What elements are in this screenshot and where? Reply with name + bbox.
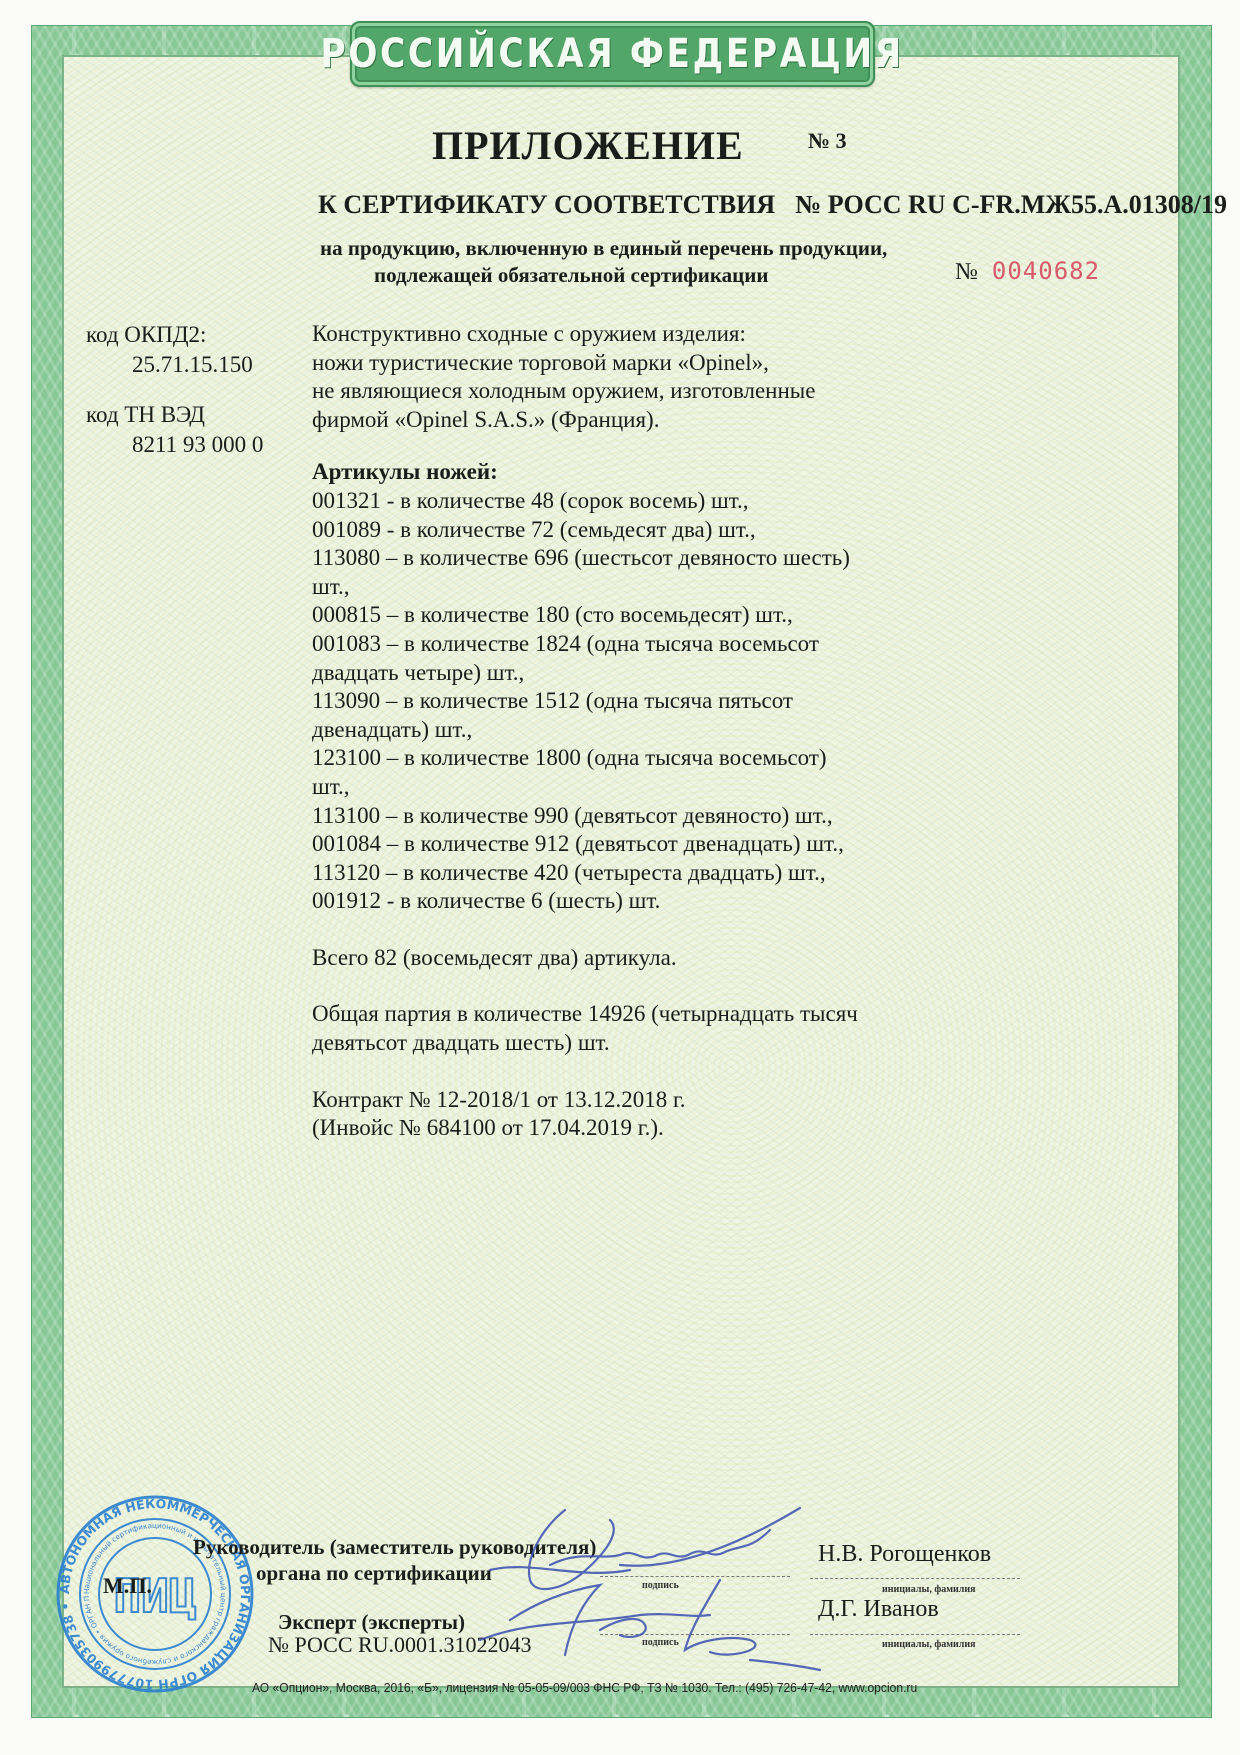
organization-stamp-icon: АВТОНОМНАЯ НЕКОММЕРЧЕСКАЯ ОРГАНИЗАЦИЯ ОГ… [55,1494,255,1694]
tnved-label: код ТН ВЭД [86,400,263,430]
article-line: шт., [312,773,858,802]
certificate-reference: К СЕРТИФИКАТУ СООТВЕТСТВИЯ№ РОСС RU C-FR… [318,190,1227,220]
description-line: фирмой «Opinel S.A.S.» (Франция). [312,406,858,435]
expert-name-hint: инициалы, фамилия [882,1639,976,1650]
country-banner-text: РОССИЙСКАЯ ФЕДЕРАЦИЯ [321,31,904,77]
article-list: 001321 - в количестве 48 (сорок восемь) … [312,487,858,916]
certificate-number: № РОСС RU C-FR.МЖ55.А.01308/19 [795,190,1227,219]
total-articles: Всего 82 (восемьдесят два) артикула. [312,944,858,973]
certificate-label: К СЕРТИФИКАТУ СООТВЕТСТВИЯ [318,190,775,219]
article-line: 001084 – в количестве 912 (девятьсот две… [312,830,858,859]
document-title: ПРИЛОЖЕНИЕ [432,122,744,169]
product-description: Конструктивно сходные с оружием изделия:… [312,320,858,434]
appendix-number: № 3 [808,128,847,154]
article-line: 001089 - в количестве 72 (семьдесят два)… [312,516,858,545]
description-line: Конструктивно сходные с оружием изделия: [312,320,858,349]
article-line: 113090 – в количестве 1512 (одна тысяча … [312,687,858,716]
article-line: 001321 - в количестве 48 (сорок восемь) … [312,487,858,516]
batch-line-1: Общая партия в количестве 14926 (четырна… [312,1000,858,1029]
head-name-hint: инициалы, фамилия [882,1584,976,1595]
tnved-code-block: код ТН ВЭД 8211 93 000 0 [86,400,263,460]
article-line: 123100 – в количестве 1800 (одна тысяча … [312,744,858,773]
articles-heading: Артикулы ножей: [312,458,858,487]
article-line: двенадцать) шт., [312,716,858,745]
article-line: 001912 - в количестве 6 (шесть) шт. [312,887,858,916]
okpd2-label: код ОКПД2: [86,320,253,350]
invoice-reference: (Инвойс № 684100 от 17.04.2019 г.). [312,1114,858,1143]
okpd2-code-block: код ОКПД2: 25.71.15.150 [86,320,253,380]
article-line: 000815 – в количестве 180 (сто восемьдес… [312,601,858,630]
article-line: 001083 – в количестве 1824 (одна тысяча … [312,630,858,659]
subtitle-line-1: на продукцию, включенную в единый перече… [320,236,887,261]
serial-prefix: № [955,259,978,285]
contract-reference: Контракт № 12-2018/1 от 13.12.2018 г. [312,1086,858,1115]
article-line: 113100 – в количестве 990 (девятьсот дев… [312,802,858,831]
printer-footer: АО «Опцион», Москва, 2016, «Б», лицензия… [252,1680,917,1695]
article-line: 113080 – в количестве 696 (шестьсот девя… [312,544,858,573]
batch-line-2: девятьсот двадцать шесть) шт. [312,1029,858,1058]
subtitle-line-2: подлежащей обязательной сертификации [374,263,768,288]
form-serial: №0040682 [955,257,1100,286]
article-line: двадцать четыре) шт., [312,659,858,688]
okpd2-value: 25.71.15.150 [86,350,253,380]
tnved-value: 8211 93 000 0 [86,430,263,460]
handwritten-signature-icon [470,1490,850,1680]
product-description-block: Конструктивно сходные с оружием изделия:… [312,320,858,1143]
description-line: не являющиеся холодным оружием, изготовл… [312,377,858,406]
country-banner: РОССИЙСКАЯ ФЕДЕРАЦИЯ [350,21,875,87]
seal-place-label: М.П. [103,1573,152,1599]
description-line: ножи туристические торговой марки «Opine… [312,349,858,378]
serial-number: 0040682 [992,257,1100,285]
article-line: шт., [312,573,858,602]
head-label-line-2: органа по сертификации [256,1561,492,1586]
article-line: 113120 – в количестве 420 (четыреста два… [312,859,858,888]
